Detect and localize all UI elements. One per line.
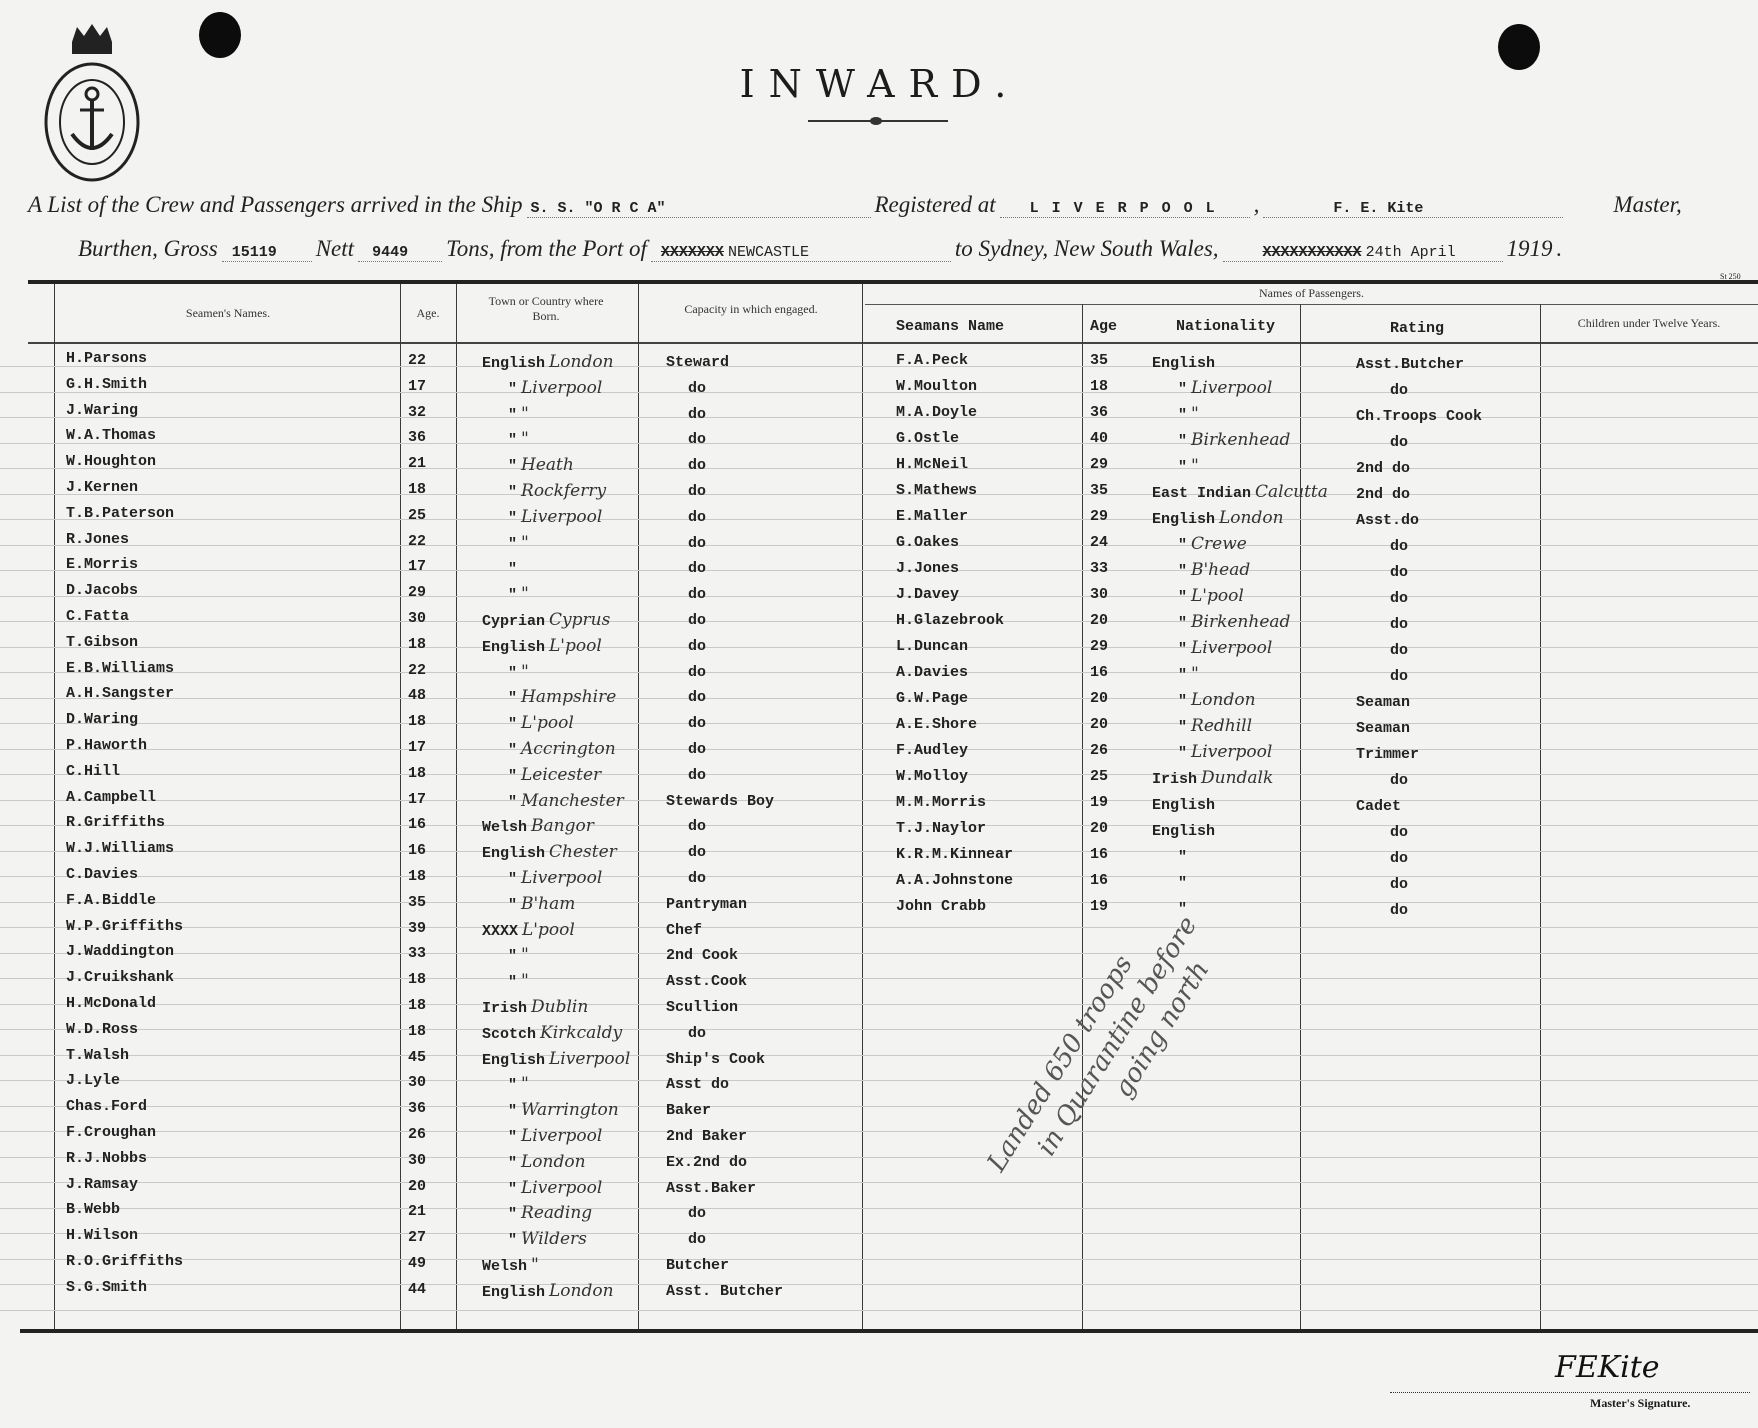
passenger-nationality: " — [1178, 589, 1187, 606]
passenger-nationality-cell: "Liverpool — [1178, 742, 1272, 762]
crew-name: C.Davies — [66, 866, 138, 883]
crew-nationality: " — [508, 536, 517, 553]
crew-name: T.B.Paterson — [66, 505, 174, 522]
passenger-nationality-cell: "Redhill — [1178, 716, 1252, 736]
passenger-nationality: " — [1178, 667, 1187, 684]
crew-name: H.McDonald — [66, 995, 156, 1012]
arrival-date: 24th April — [1366, 244, 1456, 261]
crew-birthplace: "Warrington — [508, 1100, 619, 1120]
crew-name: J.Cruikshank — [66, 969, 174, 986]
crew-town: " — [521, 1074, 529, 1094]
crew-nationality: Scotch — [482, 1026, 536, 1043]
passenger-town: London — [1191, 690, 1256, 710]
crew-capacity: do — [688, 664, 706, 681]
passenger-age: 29 — [1090, 508, 1108, 525]
row-rule — [0, 1004, 1758, 1005]
form-title: INWARD. — [700, 62, 1060, 106]
nett-tonnage: 9449 — [358, 244, 442, 262]
crew-nationality: " — [508, 690, 517, 707]
crew-nationality: English — [482, 639, 545, 656]
col-header-p-rating: Rating — [1390, 320, 1444, 337]
crew-age: 44 — [408, 1281, 426, 1298]
col-header-p-nationality: Nationality — [1176, 318, 1275, 335]
passenger-nationality: English — [1152, 511, 1215, 528]
crew-capacity: do — [688, 1025, 706, 1042]
tons-from-label: Tons, from the Port of — [446, 236, 647, 261]
passenger-town: Redhill — [1191, 716, 1252, 736]
row-rule — [0, 468, 1758, 469]
crew-age: 21 — [408, 1203, 426, 1220]
passenger-nationality: " — [1178, 407, 1187, 424]
crew-nationality: " — [508, 974, 517, 991]
crew-name: B.Webb — [66, 1201, 120, 1218]
passenger-age: 40 — [1090, 430, 1108, 447]
passenger-town: " — [1191, 456, 1199, 476]
crew-town: " — [521, 584, 529, 604]
crew-name: J.Waring — [66, 402, 138, 419]
crew-age: 18 — [408, 713, 426, 730]
crew-name: W.J.Williams — [66, 840, 174, 857]
crew-name: P.Haworth — [66, 737, 147, 754]
crew-birthplace: "B'ham — [508, 894, 575, 914]
crew-capacity: Asst. Butcher — [666, 1283, 783, 1300]
crew-capacity: Steward — [666, 354, 729, 371]
crew-name: R.Griffiths — [66, 814, 165, 831]
passenger-rating: Ch.Troops Cook — [1356, 408, 1482, 425]
passenger-age: 36 — [1090, 404, 1108, 421]
col-line — [1540, 304, 1541, 1329]
passenger-nationality-cell: "" — [1178, 664, 1199, 684]
passenger-name: John Crabb — [896, 898, 986, 915]
crew-birthplace: ScotchKirkcaldy — [482, 1023, 622, 1043]
crew-age: 21 — [408, 455, 426, 472]
row-rule — [0, 647, 1758, 648]
crew-town: Wilders — [521, 1229, 587, 1249]
crew-age: 16 — [408, 842, 426, 859]
passenger-town: Calcutta — [1255, 482, 1328, 502]
crew-age: 18 — [408, 971, 426, 988]
passenger-age: 20 — [1090, 716, 1108, 733]
crew-nationality: English — [482, 845, 545, 862]
signature-label: Master's Signature. — [1590, 1396, 1690, 1411]
crew-birthplace: WelshBangor — [482, 816, 594, 836]
crew-town: Liverpool — [521, 507, 602, 527]
crew-town: " — [521, 533, 529, 553]
crew-nationality: " — [508, 407, 517, 424]
passenger-nationality: English — [1152, 355, 1215, 372]
crew-capacity: do — [688, 715, 706, 732]
crew-age: 18 — [408, 997, 426, 1014]
crew-name: W.A.Thomas — [66, 427, 156, 444]
crew-town: " — [521, 429, 529, 449]
passenger-nationality: " — [1178, 381, 1187, 398]
crew-birthplace: "" — [508, 584, 529, 604]
passenger-age: 29 — [1090, 638, 1108, 655]
passenger-name: G.Ostle — [896, 430, 959, 447]
crew-capacity: do — [688, 818, 706, 835]
crew-town: Warrington — [521, 1100, 619, 1120]
passenger-nationality-cell: "London — [1178, 690, 1256, 710]
title-ornament — [808, 120, 948, 122]
crew-name: W.P.Griffiths — [66, 918, 183, 935]
crew-age: 48 — [408, 687, 426, 704]
passenger-nationality: " — [1178, 719, 1187, 736]
passenger-nationality: " — [1178, 693, 1187, 710]
row-rule — [0, 902, 1758, 903]
crew-birthplace: "" — [508, 429, 529, 449]
crew-name: J.Ramsay — [66, 1176, 138, 1193]
row-rule — [0, 723, 1758, 724]
passenger-town: Birkenhead — [1191, 612, 1290, 632]
crew-town: " — [521, 404, 529, 424]
crew-capacity: Scullion — [666, 999, 738, 1016]
crew-birthplace: "" — [508, 662, 529, 682]
crew-birthplace: "Hampshire — [508, 687, 616, 707]
passenger-age: 18 — [1090, 378, 1108, 395]
passenger-nationality-cell: "Crewe — [1178, 534, 1247, 554]
crew-capacity: do — [688, 638, 706, 655]
crew-town: L'pool — [522, 920, 575, 940]
crew-nationality: English — [482, 1284, 545, 1301]
crew-name: C.Fatta — [66, 608, 129, 625]
departure-port: NEWCASTLE — [728, 244, 809, 261]
passenger-rating: do — [1390, 824, 1408, 841]
crew-name: J.Waddington — [66, 943, 174, 960]
crew-town: Reading — [521, 1203, 592, 1223]
passenger-rating: do — [1390, 850, 1408, 867]
crew-capacity: do — [688, 560, 706, 577]
crew-name: F.A.Biddle — [66, 892, 156, 909]
passenger-age: 19 — [1090, 794, 1108, 811]
passenger-town: " — [1191, 404, 1199, 424]
crew-nationality: Welsh — [482, 1258, 527, 1275]
crew-birthplace: " — [508, 558, 521, 578]
passenger-nationality: " — [1178, 875, 1187, 892]
crew-age: 30 — [408, 610, 426, 627]
passenger-rating: do — [1390, 616, 1408, 633]
row-rule — [0, 851, 1758, 852]
crew-birthplace: "Liverpool — [508, 868, 602, 888]
crew-birthplace: "Manchester — [508, 791, 624, 811]
passenger-nationality: " — [1178, 745, 1187, 762]
crew-birthplace: EnglishL'pool — [482, 636, 602, 656]
passenger-name: A.E.Shore — [896, 716, 977, 733]
crew-name: E.Morris — [66, 556, 138, 573]
header-bottom-rule — [28, 342, 1758, 344]
crew-age: 22 — [408, 533, 426, 550]
passenger-nationality-cell: "L'pool — [1178, 586, 1244, 606]
crew-nationality: " — [508, 1232, 517, 1249]
passenger-nationality: English — [1152, 797, 1215, 814]
table-bottom-rule — [20, 1329, 1758, 1333]
crew-capacity: Ex.2nd do — [666, 1154, 747, 1171]
crew-town: Kirkcaldy — [540, 1023, 622, 1043]
passenger-nationality-cell: "Liverpool — [1178, 378, 1272, 398]
crew-name: R.J.Nobbs — [66, 1150, 147, 1167]
col-line — [638, 284, 639, 1329]
passenger-name: E.Maller — [896, 508, 968, 525]
crew-name: W.Houghton — [66, 453, 156, 470]
passenger-age: 33 — [1090, 560, 1108, 577]
passenger-rating: Trimmer — [1356, 746, 1419, 763]
passenger-nationality: " — [1178, 433, 1187, 450]
crew-birthplace: CyprianCyprus — [482, 610, 610, 630]
passenger-rating: Asst.Butcher — [1356, 356, 1464, 373]
row-rule — [0, 1182, 1758, 1183]
col-header-age: Age. — [400, 306, 456, 321]
crew-town: Manchester — [521, 791, 624, 811]
crew-birthplace: EnglishLondon — [482, 1281, 614, 1301]
crew-nationality: " — [508, 484, 517, 501]
col-header-p-age: Age — [1090, 318, 1117, 335]
passenger-town: Liverpool — [1191, 638, 1272, 658]
struck-date: XXXXXXXXXXX — [1263, 244, 1362, 261]
row-rule — [0, 1055, 1758, 1056]
crew-town: London — [549, 1281, 614, 1301]
crew-nationality: " — [508, 897, 517, 914]
passenger-nationality-cell: " — [1178, 846, 1191, 866]
passenger-town: " — [1191, 664, 1199, 684]
passenger-nationality: East Indian — [1152, 485, 1251, 502]
crew-capacity: do — [688, 457, 706, 474]
row-rule — [0, 621, 1758, 622]
crew-nationality: " — [508, 1103, 517, 1120]
passenger-age: 25 — [1090, 768, 1108, 785]
col-line — [54, 284, 55, 1329]
row-rule — [0, 545, 1758, 546]
crew-town: London — [521, 1152, 586, 1172]
crew-nationality: " — [508, 510, 517, 527]
crew-capacity: Pantryman — [666, 896, 747, 913]
header-line-2: Burthen, Gross 15119 Nett 9449 Tons, fro… — [78, 236, 1758, 262]
crew-birthplace: XXXXL'pool — [482, 920, 575, 940]
crew-nationality: " — [508, 665, 517, 682]
row-rule — [0, 1310, 1758, 1311]
passenger-nationality-cell: East IndianCalcutta — [1152, 482, 1328, 502]
crew-capacity: 2nd Baker — [666, 1128, 747, 1145]
crew-nationality: " — [508, 561, 517, 578]
crew-name: R.O.Griffiths — [66, 1253, 183, 1270]
crew-town: Heath — [521, 455, 574, 475]
crew-capacity: Asst do — [666, 1076, 729, 1093]
passenger-nationality: " — [1178, 615, 1187, 632]
crew-town: B'ham — [521, 894, 575, 914]
crew-town: " — [521, 971, 529, 991]
crew-age: 22 — [408, 662, 426, 679]
row-rule — [0, 978, 1758, 979]
crew-capacity: Chef — [666, 922, 702, 939]
struck-port: XXXXXXX — [661, 244, 724, 261]
registered-port: L I V E R P O O L — [1000, 200, 1250, 218]
shipping-masters-seal-icon — [42, 22, 142, 182]
crew-age: 17 — [408, 791, 426, 808]
crew-nationality: " — [508, 587, 517, 604]
crew-age: 36 — [408, 429, 426, 446]
crew-birthplace: EnglishLiverpool — [482, 1049, 630, 1069]
crew-age: 26 — [408, 1126, 426, 1143]
passenger-age: 26 — [1090, 742, 1108, 759]
crew-name: J.Lyle — [66, 1072, 120, 1089]
passenger-nationality-cell: IrishDundalk — [1152, 768, 1273, 788]
passenger-town: Birkenhead — [1191, 430, 1290, 450]
crew-capacity: Butcher — [666, 1257, 729, 1274]
crew-age: 35 — [408, 894, 426, 911]
passenger-town: Liverpool — [1191, 378, 1272, 398]
passenger-name: H.Glazebrook — [896, 612, 1004, 629]
crew-name: J.Kernen — [66, 479, 138, 496]
passenger-rating: 2nd do — [1356, 460, 1410, 477]
crew-nationality: " — [508, 871, 517, 888]
crew-age: 18 — [408, 1023, 426, 1040]
crew-name: H.Parsons — [66, 350, 147, 367]
passenger-rating: do — [1390, 538, 1408, 555]
crew-nationality: Cyprian — [482, 613, 545, 630]
passenger-rating: do — [1390, 902, 1408, 919]
row-rule — [0, 443, 1758, 444]
punch-hole-left — [199, 12, 241, 58]
crew-town: " — [521, 662, 529, 682]
crew-age: 27 — [408, 1229, 426, 1246]
crew-town: London — [549, 352, 614, 372]
row-rule — [0, 366, 1758, 367]
passenger-town: B'head — [1191, 560, 1250, 580]
row-rule — [0, 494, 1758, 495]
row-rule — [0, 519, 1758, 520]
crew-age: 18 — [408, 636, 426, 653]
passenger-age: 29 — [1090, 456, 1108, 473]
passenger-nationality-cell: "Birkenhead — [1178, 430, 1290, 450]
passenger-nationality-cell: "B'head — [1178, 560, 1250, 580]
crew-capacity: do — [688, 483, 706, 500]
passenger-name: W.Molloy — [896, 768, 968, 785]
row-rule — [0, 1106, 1758, 1107]
passenger-nationality-cell: English — [1152, 820, 1219, 840]
crew-birthplace: "" — [508, 945, 529, 965]
crew-age: 49 — [408, 1255, 426, 1272]
crew-name: Chas.Ford — [66, 1098, 147, 1115]
crew-age: 30 — [408, 1074, 426, 1091]
crew-nationality: " — [508, 1155, 517, 1172]
passenger-age: 20 — [1090, 690, 1108, 707]
passenger-rating: do — [1390, 434, 1408, 451]
crew-nationality: " — [508, 768, 517, 785]
passenger-name: F.Audley — [896, 742, 968, 759]
crew-age: 20 — [408, 1178, 426, 1195]
handwritten-note: Landed 650 troops in Quarantine before g… — [980, 892, 1234, 1214]
row-rule — [0, 392, 1758, 393]
row-rule — [0, 672, 1758, 673]
destination-label: to Sydney, New South Wales, — [955, 236, 1219, 261]
crew-town: " — [521, 945, 529, 965]
crew-capacity: do — [688, 689, 706, 706]
master-name: F. E. Kite — [1263, 200, 1563, 218]
crew-nationality: English — [482, 355, 545, 372]
crew-capacity: do — [688, 844, 706, 861]
crew-birthplace: "Rockferry — [508, 481, 606, 501]
passenger-name: H.McNeil — [896, 456, 968, 473]
crew-birthplace: IrishDublin — [482, 997, 588, 1017]
passenger-nationality-cell: English — [1152, 794, 1219, 814]
crew-capacity: Baker — [666, 1102, 711, 1119]
header-line-1: A List of the Crew and Passengers arrive… — [28, 192, 1758, 218]
row-rule — [0, 825, 1758, 826]
crew-birthplace: "" — [508, 404, 529, 424]
row-rule — [0, 1259, 1758, 1260]
passenger-rating: do — [1390, 772, 1408, 789]
passenger-name: A.A.Johnstone — [896, 872, 1013, 889]
passenger-rating: 2nd do — [1356, 486, 1410, 503]
passenger-name: L.Duncan — [896, 638, 968, 655]
crew-age: 18 — [408, 868, 426, 885]
col-header-passengers: Names of Passengers. — [865, 286, 1758, 301]
passenger-name: K.R.M.Kinnear — [896, 846, 1013, 863]
crew-name: A.H.Sangster — [66, 685, 174, 702]
arrival-date-field: XXXXXXXXXXX 24th April — [1223, 243, 1503, 262]
passenger-age: 20 — [1090, 820, 1108, 837]
crew-birthplace: EnglishLondon — [482, 352, 614, 372]
crew-town: Leicester — [521, 765, 601, 785]
passenger-nationality: " — [1178, 459, 1187, 476]
passenger-nationality: " — [1178, 849, 1187, 866]
crew-town: Dublin — [531, 997, 588, 1017]
crew-name: C.Hill — [66, 763, 120, 780]
crew-age: 16 — [408, 816, 426, 833]
table-top-rule — [28, 280, 1758, 284]
passenger-name: J.Jones — [896, 560, 959, 577]
crew-birthplace: Welsh" — [482, 1255, 539, 1275]
crew-town: Cyprus — [549, 610, 610, 630]
passenger-name: F.A.Peck — [896, 352, 968, 369]
col-header-p-name: Seamans Name — [896, 318, 1004, 335]
crew-nationality: " — [508, 1077, 517, 1094]
crew-name: D.Jacobs — [66, 582, 138, 599]
passenger-rating: Seaman — [1356, 694, 1410, 711]
passenger-age: 16 — [1090, 846, 1108, 863]
crew-town: Liverpool — [521, 378, 602, 398]
crew-nationality: Irish — [482, 1000, 527, 1017]
crew-name: S.G.Smith — [66, 1279, 147, 1296]
crew-age: 22 — [408, 352, 426, 369]
passenger-nationality: " — [1178, 537, 1187, 554]
row-rule — [0, 1131, 1758, 1132]
crew-age: 18 — [408, 765, 426, 782]
crew-capacity: do — [688, 741, 706, 758]
passenger-name: A.Davies — [896, 664, 968, 681]
crew-name: T.Gibson — [66, 634, 138, 651]
crew-capacity: do — [688, 870, 706, 887]
row-rule — [0, 800, 1758, 801]
row-rule — [0, 953, 1758, 954]
row-rule — [0, 417, 1758, 418]
crew-capacity: Asst.Baker — [666, 1180, 756, 1197]
crew-capacity: Asst.Cook — [666, 973, 747, 990]
registered-label: Registered at — [875, 192, 996, 217]
row-rule — [0, 1157, 1758, 1158]
crew-name: R.Jones — [66, 531, 129, 548]
crew-capacity: do — [688, 509, 706, 526]
crew-nationality: XXXX — [482, 923, 518, 940]
passenger-nationality-cell: " — [1178, 872, 1191, 892]
passenger-rating: Cadet — [1356, 798, 1401, 815]
crew-capacity: Stewards Boy — [666, 793, 774, 810]
crew-town: Liverpool — [521, 868, 602, 888]
row-rule — [0, 1029, 1758, 1030]
row-rule — [0, 876, 1758, 877]
col-line — [862, 284, 863, 1329]
col-header-seamen-names: Seamen's Names. — [56, 306, 400, 321]
crew-age: 17 — [408, 558, 426, 575]
crew-birthplace: "" — [508, 971, 529, 991]
